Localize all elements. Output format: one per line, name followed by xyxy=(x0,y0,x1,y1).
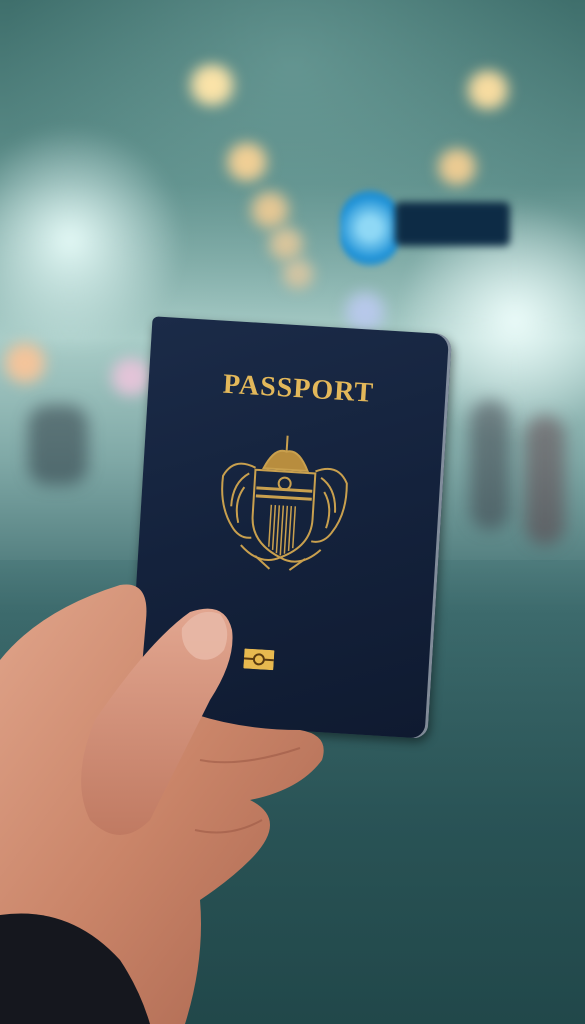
hand xyxy=(0,0,585,1024)
